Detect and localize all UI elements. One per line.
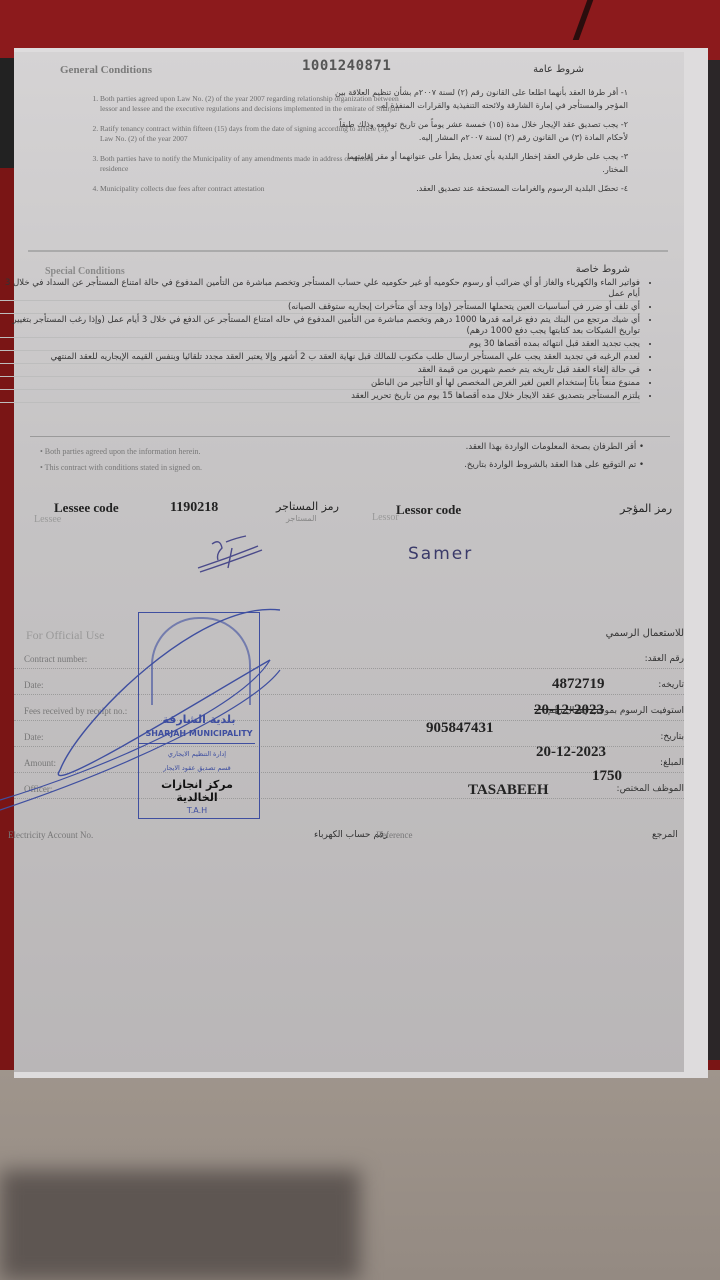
electricity-account-label: Electricity Account No.: [8, 830, 93, 840]
lessee-code-value: 1190218: [170, 500, 218, 516]
field-date: Date: 4872719 تاريخه:: [14, 674, 684, 695]
field-label: Date:: [24, 680, 44, 690]
lessee-code-label-ar: رمز المستاجر: [276, 500, 339, 513]
stamp-name-en: SHARJAH MUNICIPALITY: [139, 729, 259, 738]
hand-shadow: [0, 1170, 360, 1280]
sc-item: يلتزم المستأجر بتصديق عقد الايجار خلال م…: [0, 391, 640, 403]
field-value: 4872719: [552, 676, 605, 693]
lessor-code-label: Lessor code: [396, 502, 461, 518]
stamp-department: إدارة التنظيم الايجاري: [139, 750, 255, 758]
agreement-line: • Both parties agreed upon the informati…: [40, 444, 202, 460]
general-conditions-title: General Conditions: [60, 64, 152, 76]
stamp-name-ar: بلدية الشارقة: [139, 713, 259, 726]
gc-item-ar: ٤- تحصّل البلدية الرسوم والغرامات المستح…: [328, 182, 628, 195]
sc-item: أي تلف أو ضرر في أساسيات العين يتحملها ا…: [0, 302, 640, 314]
general-conditions-section: Both parties agreed upon Law No. (2) of …: [28, 78, 668, 252]
divider: [30, 436, 670, 437]
field-label-ar: رقم العقد:: [645, 654, 684, 664]
special-conditions-title-ar: شروط خاصة: [576, 264, 630, 275]
lessee-code-label: Lessee code: [54, 500, 119, 516]
reference-label: Reference: [376, 830, 412, 840]
field-label: Date:: [24, 732, 44, 742]
official-use-section: For Official Use للاستعمال الرسمي Contra…: [14, 624, 684, 814]
sc-item: لعدم الرغبه في تجديد العقد يجب علي المست…: [0, 352, 640, 364]
lessee-signature: [192, 534, 272, 574]
gc-item-ar: ٣- يجب على طرفي العقد إخطار البلدية بأي …: [328, 150, 628, 176]
general-conditions-title-ar: شروط عامة: [533, 64, 584, 75]
stamp-section: قسم تصديق عقود الايجار: [139, 764, 255, 772]
lessee-sublabel: Lessee: [34, 514, 61, 525]
desk-surface: [0, 1070, 720, 1280]
field-label-ar: الموظف المختص:: [617, 784, 684, 794]
background-dark-corner: [0, 58, 14, 168]
stamp-office: مركز انجازات الخالدية: [139, 778, 255, 804]
official-use-title: For Official Use: [26, 628, 104, 643]
municipality-stamp: بلدية الشارقة SHARJAH MUNICIPALITY إدارة…: [138, 612, 260, 819]
lessor-signature: Samer: [408, 544, 473, 564]
agreement-en: • Both parties agreed upon the informati…: [40, 444, 202, 476]
agreement-ar: • أقر الطرفان بصحة المعلومات الواردة بهذ…: [464, 438, 644, 474]
field-label: Officer:: [24, 784, 52, 794]
contract-number: 1001240871: [302, 58, 391, 74]
field-label-ar: المبلغ:: [660, 758, 684, 768]
lessor-code-label-ar: رمز المؤجر: [620, 502, 672, 515]
stamp-arch-emblem: [151, 617, 251, 705]
field-label: Contract number:: [24, 654, 87, 664]
field-value: 905847431: [426, 720, 494, 737]
field-contract-number: Contract number: رقم العقد:: [14, 648, 684, 669]
marker-scrawl: [493, 0, 594, 40]
field-label-ar: بتاريخ:: [660, 732, 684, 742]
reference-label-ar: المرجع: [652, 830, 678, 840]
field-officer: Officer: 1750 TASABEEH الموظف المختص:: [14, 778, 684, 799]
sc-item: يجب تجديد العقد قبل انتهائه بمده أقصاها …: [0, 339, 640, 351]
stamp-initials: T.A.H: [139, 806, 255, 815]
general-conditions-ar: ١- أقر طرفا العقد بأنهما اطلعا على القان…: [328, 86, 628, 201]
footer-references: Electricity Account No. رقم حساب الكهربا…: [14, 830, 684, 846]
field-label-ar: تاريخه:: [658, 680, 684, 690]
field-label: Fees received by receipt no.:: [24, 706, 127, 716]
agreement-line-ar: • تم التوقيع على هذا العقد بالشروط الوار…: [464, 456, 644, 474]
lessor-sublabel: Lessor: [372, 512, 399, 523]
header: General Conditions 1001240871 شروط عامة: [14, 58, 684, 80]
special-conditions-title: Special Conditions: [45, 266, 125, 277]
field-label-ar: استوفيت الرسوم بموجب إيصال رقم:: [545, 706, 684, 716]
sc-item: في حالة إلغاء العقد قبل تاريخه يتم خصم ش…: [0, 365, 640, 377]
field-label: Amount:: [24, 758, 56, 768]
sc-item: فواتير الماء والكهرباء والغاز أو أي ضرائ…: [0, 278, 640, 301]
agreement-line-ar: • أقر الطرفان بصحة المعلومات الواردة بهذ…: [464, 438, 644, 456]
field-value: 20-12-2023: [536, 744, 606, 761]
gc-item-ar: ١- أقر طرفا العقد بأنهما اطلعا على القان…: [328, 86, 628, 112]
gc-item-ar: ٢- يجب تصديق عقد الإيجار خلال مدة (١٥) خ…: [328, 118, 628, 144]
sc-item: أي شيك مرتجع من البنك يتم دفع غرامه قدره…: [0, 315, 640, 338]
lessee-sublabel-ar: المستاجر: [286, 514, 317, 523]
party-codes: Lessee code Lessee 1190218 رمز المستاجر …: [14, 500, 684, 540]
official-use-title-ar: للاستعمال الرسمي: [606, 628, 684, 639]
tenancy-contract-page: General Conditions 1001240871 شروط عامة …: [14, 52, 684, 1072]
field-value: 1750: [592, 768, 622, 785]
officer-name: TASABEEH: [468, 782, 549, 799]
agreement-line: • This contract with conditions stated i…: [40, 460, 202, 476]
field-amount: Amount: 20-12-2023 المبلغ:: [14, 752, 684, 773]
stamp-sub-box: إدارة التنظيم الايجاري قسم تصديق عقود ال…: [139, 743, 255, 816]
sc-item: ممنوع منعاً باتاً إستخدام العين لغير الغ…: [0, 378, 640, 390]
field-receipt-number: Fees received by receipt no.: 20-12-2023…: [14, 700, 684, 721]
special-conditions-list: فواتير الماء والكهرباء والغاز أو أي ضرائ…: [0, 278, 654, 404]
